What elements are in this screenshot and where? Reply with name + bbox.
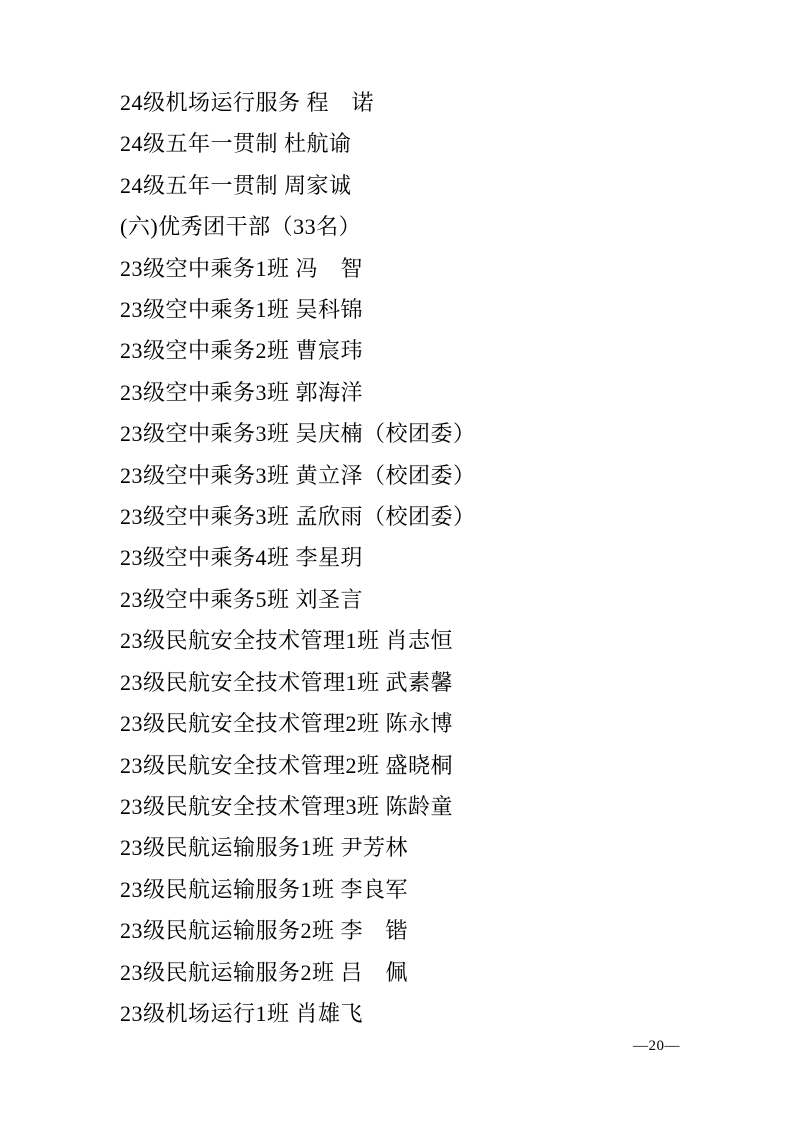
doc-line: 23级空中乘务3班 孟欣雨（校团委） — [120, 496, 738, 537]
doc-line: 23级空中乘务3班 吴庆楠（校团委） — [120, 413, 738, 454]
doc-line: 23级空中乘务2班 曹宸玮 — [120, 330, 738, 371]
doc-line: (六)优秀团干部（33名） — [120, 206, 738, 247]
doc-line: 23级空中乘务1班 吴科锦 — [120, 289, 738, 330]
doc-line: 23级空中乘务5班 刘圣言 — [120, 579, 738, 620]
document-body: 24级机场运行服务 程 诺24级五年一贯制 杜航谕24级五年一贯制 周家诚(六)… — [120, 82, 738, 1034]
doc-line: 23级民航运输服务2班 李 锴 — [120, 910, 738, 951]
doc-line: 24级五年一贯制 周家诚 — [120, 165, 738, 206]
doc-line: 23级民航安全技术管理2班 陈永博 — [120, 703, 738, 744]
document-page: 24级机场运行服务 程 诺24级五年一贯制 杜航谕24级五年一贯制 周家诚(六)… — [0, 0, 793, 1122]
doc-line: 23级机场运行1班 肖雄飞 — [120, 993, 738, 1034]
doc-line: 23级民航安全技术管理3班 陈龄童 — [120, 786, 738, 827]
doc-line: 23级民航运输服务1班 李良军 — [120, 869, 738, 910]
doc-line: 23级民航安全技术管理1班 肖志恒 — [120, 620, 738, 661]
doc-line: 23级民航运输服务1班 尹芳林 — [120, 827, 738, 868]
doc-line: 23级民航安全技术管理2班 盛晓桐 — [120, 745, 738, 786]
doc-line: 24级五年一贯制 杜航谕 — [120, 123, 738, 164]
doc-line: 23级空中乘务1班 冯 智 — [120, 248, 738, 289]
doc-line: 23级空中乘务3班 郭海洋 — [120, 372, 738, 413]
doc-line: 23级空中乘务4班 李星玥 — [120, 537, 738, 578]
page-number: —20— — [633, 1037, 680, 1056]
doc-line: 23级民航安全技术管理1班 武素馨 — [120, 662, 738, 703]
doc-line: 24级机场运行服务 程 诺 — [120, 82, 738, 123]
doc-line: 23级民航运输服务2班 吕 佩 — [120, 952, 738, 993]
doc-line: 23级空中乘务3班 黄立泽（校团委） — [120, 455, 738, 496]
